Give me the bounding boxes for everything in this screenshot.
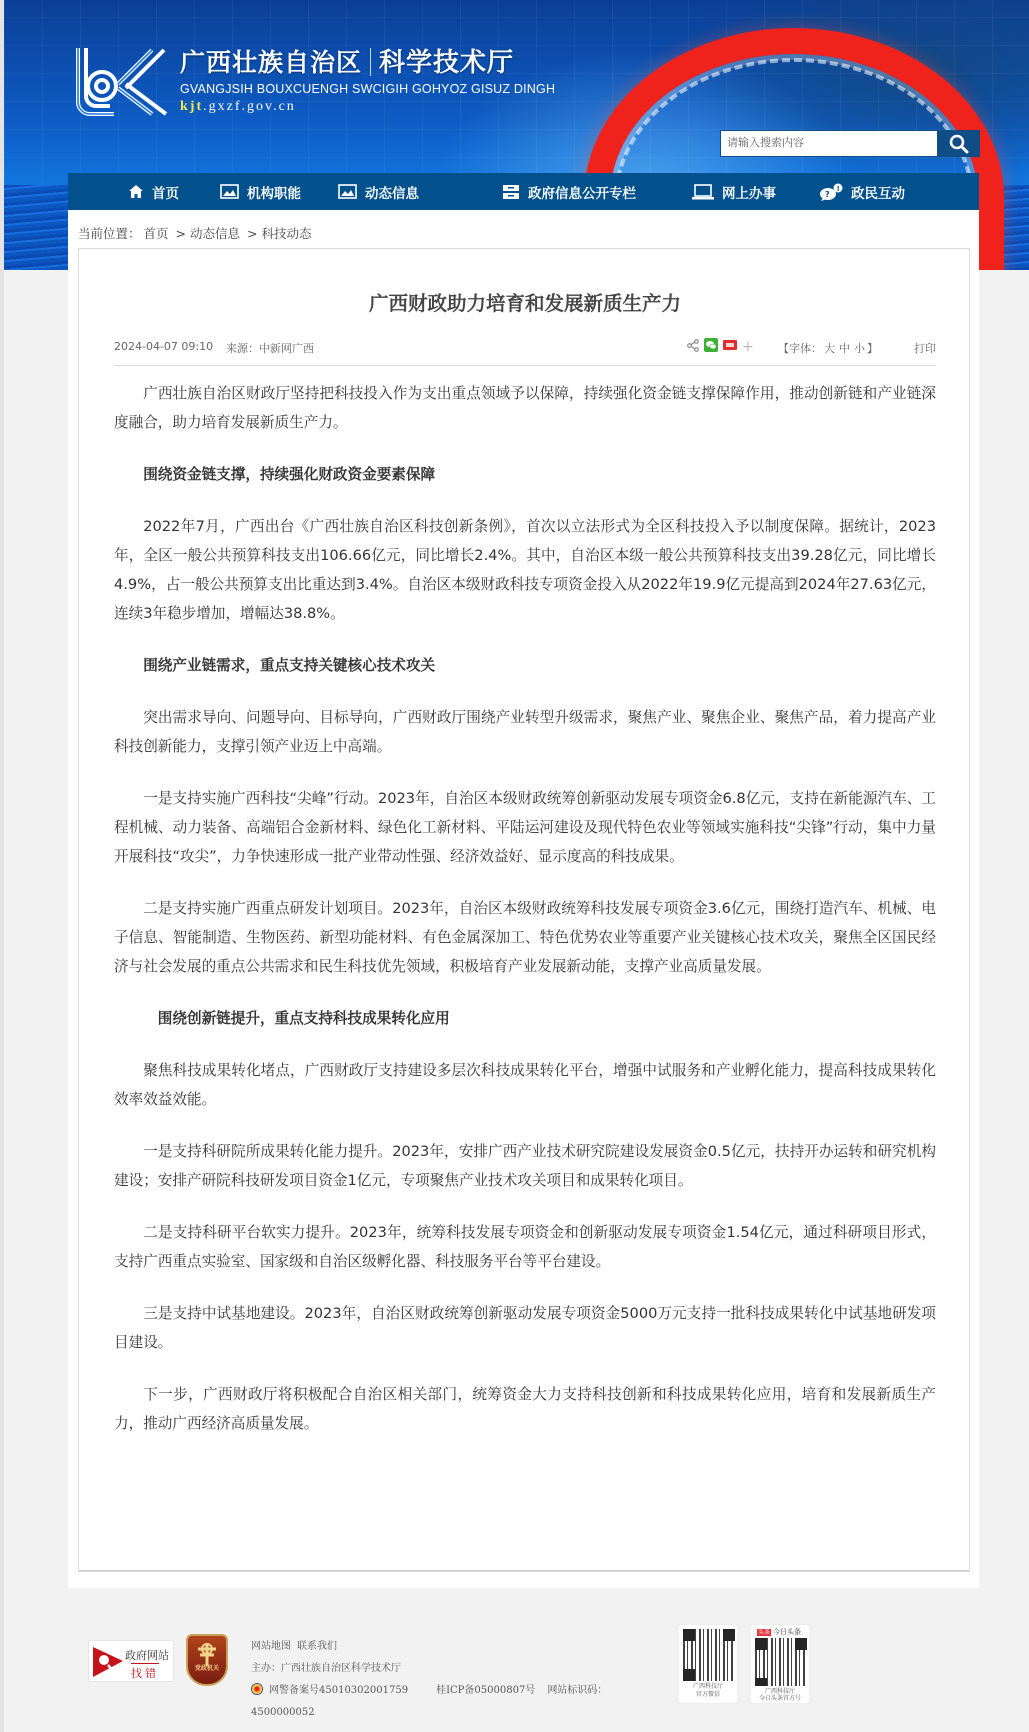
paragraph: 二是支持实施广西重点研发计划项目。2023年，自治区本级财政统筹科技发展专项资金… (114, 894, 936, 981)
domain-highlight: kjt (180, 99, 203, 114)
share-tools: + (687, 338, 754, 355)
icp-record-number[interactable]: 桂ICP备05000807号 (436, 1685, 535, 1696)
error-badge-line2: 找错 (131, 1663, 159, 1681)
domain-rest: .gxzf.gov.cn (203, 99, 296, 114)
footer-sponsor: 主办：广西壮族自治区科学技术厅 (251, 1660, 607, 1682)
nav-item-interaction[interactable]: ?! 政民互动 (819, 173, 905, 210)
section-heading: 围绕创新链提升，重点支持科技成果转化应用 (114, 1004, 936, 1033)
article-meta: 2024-04-07 09:10 来源：中新网广西 + 【字体：大中小】 打印 (114, 340, 936, 366)
site-code-value: 4500000052 (251, 1704, 607, 1726)
image-icon (338, 184, 357, 199)
breadcrumb-item-tech-news[interactable]: 科技动态 (262, 226, 312, 241)
print-button[interactable]: 打印 (914, 340, 936, 356)
qr-wechat: 广西科技厅 官方微信 (678, 1624, 738, 1704)
section-heading: 围绕资金链支撑，持续强化财政资金要素保障 (114, 460, 936, 489)
share-icon[interactable] (687, 339, 699, 355)
footer-info: 网站地图联系我们 主办：广西壮族自治区科学技术厅 网警备案号4501030200… (251, 1638, 607, 1726)
article-title: 广西财政助力培育和发展新质生产力 (79, 288, 971, 316)
article-body: 广西壮族自治区财政厅坚持把科技投入作为支出重点领域予以保障，持续强化资金链支撑保… (114, 379, 936, 1461)
qr-caption-line2: 今日头条官方号 (751, 1695, 809, 1703)
paragraph: 下一步，广西财政厅将积极配合自治区相关部门，统筹资金大力支持科技创新和科技成果转… (114, 1380, 936, 1438)
paragraph: 2022年7月，广西出台《广西壮族自治区科技创新条例》，首次以立法形式为全区科技… (114, 512, 936, 628)
party-badge-label: 党政机关 (188, 1663, 226, 1672)
svg-text:!: ! (837, 185, 840, 193)
error-badge-line1: 政府网站 (125, 1647, 169, 1663)
site-subtitle: GVANGJSIH BOUXCUENGH SWCIGIH GOHYOZ GISU… (180, 82, 555, 96)
footer: 政府网站 找错 党政机关 网站地图联系我们 主办：广西壮族自治区科学技术厅 网警… (4, 1588, 1029, 1732)
search-icon (949, 134, 969, 154)
paragraph: 一是支持科研院所成果转化能力提升。2023年，安排广西产业技术研究院建设发展资金… (114, 1137, 936, 1195)
paragraph: 广西壮族自治区财政厅坚持把科技投入作为支出重点领域予以保障，持续强化资金链支撑保… (114, 379, 936, 437)
svg-text:?: ? (825, 190, 830, 199)
qr-code-wechat (683, 1629, 735, 1681)
police-badge-icon (251, 1683, 263, 1695)
home-icon (128, 184, 144, 199)
more-share-icon[interactable]: + (742, 341, 754, 353)
qr-caption-line2: 官方微信 (679, 1691, 737, 1699)
nav-item-label: 首页 (152, 182, 179, 202)
site-domain: kjt.gxzf.gov.cn (180, 99, 296, 115)
paragraph: 聚焦科技成果转化堵点，广西财政厅支持建设多层次科技成果转化平台，增强中试服务和产… (114, 1056, 936, 1114)
paragraph: 二是支持科研平台软实力提升。2023年，统筹科技发展专项资金和创新驱动发展专项资… (114, 1218, 936, 1276)
breadcrumb-separator: > (247, 226, 257, 241)
toutiao-brand: 头条今日头条 (757, 1627, 801, 1637)
font-size-label-close: 】 (867, 342, 878, 355)
image-icon (220, 184, 239, 199)
nav-item-online-services[interactable]: 网上办事 (692, 173, 776, 210)
laptop-icon (692, 184, 714, 200)
font-size-label-open: 【字体： (778, 342, 822, 355)
footer-records: 网警备案号45010302001759桂ICP备05000807号网站标识码： (251, 1682, 607, 1704)
article-source: 来源：中新网广西 (226, 340, 314, 356)
search-input[interactable]: 请输入搜索内容 (720, 130, 938, 157)
breadcrumb-item-home[interactable]: 首页 (144, 226, 169, 241)
paragraph: 突出需求导向、问题导向、目标导向，广西财政厅围绕产业转型升级需求，聚焦产业、聚焦… (114, 703, 936, 761)
cabinet-icon (502, 184, 520, 200)
publish-date: 2024-04-07 09:10 (114, 340, 213, 353)
font-size-large[interactable]: 大 (824, 342, 835, 355)
site-title: 广西壮族自治区科学技术厅 (180, 42, 514, 79)
toutiao-tag: 头条 (757, 1629, 771, 1636)
title-divider (370, 48, 371, 76)
wechat-share-icon[interactable] (704, 338, 718, 355)
magnifier-flag-icon (91, 1645, 125, 1679)
qr-toutiao: 头条今日头条 广西科技厅 今日头条官方号 (750, 1624, 810, 1704)
gov-site-error-report-badge[interactable]: 政府网站 找错 (88, 1640, 174, 1682)
nav-item-gov-info[interactable]: 政府信息公开专栏 (502, 173, 636, 210)
nav-item-label: 网上办事 (722, 182, 776, 202)
toutiao-name: 今日头条 (773, 1628, 801, 1636)
font-size-control: 【字体：大中小】 (778, 340, 878, 356)
breadcrumb: 当前位置：首页>动态信息>科技动态 (78, 224, 315, 242)
logo-icon (72, 44, 170, 116)
breadcrumb-prefix: 当前位置： (78, 226, 141, 241)
weibo-share-icon[interactable] (723, 340, 737, 353)
chat-icon: ?! (819, 183, 843, 201)
site-region-name: 广西壮族自治区 (180, 48, 362, 77)
footer-links: 网站地图联系我们 (251, 1638, 607, 1660)
paragraph: 三是支持中试基地建设。2023年，自治区财政统筹创新驱动发展专项资金5000万元… (114, 1299, 936, 1357)
footer-link-sitemap[interactable]: 网站地图 (251, 1641, 291, 1652)
nav-item-home[interactable]: 首页 (128, 173, 179, 210)
site-code-label: 网站标识码： (547, 1685, 607, 1696)
nav-item-label: 政民互动 (851, 182, 905, 202)
breadcrumb-item-news[interactable]: 动态信息 (190, 226, 240, 241)
nav-item-label: 政府信息公开专栏 (528, 182, 636, 202)
font-size-medium[interactable]: 中 (839, 342, 850, 355)
nav-item-label: 动态信息 (365, 182, 419, 202)
nav-item-news[interactable]: 动态信息 (338, 173, 419, 210)
party-gov-agency-badge[interactable]: 党政机关 (186, 1634, 228, 1686)
paragraph: 一是支持实施广西科技“尖峰”行动。2023年，自治区本级财政统筹创新驱动发展专项… (114, 784, 936, 871)
qr-caption-line1: 广西科技厅 (679, 1683, 737, 1691)
footer-link-contact[interactable]: 联系我们 (297, 1641, 337, 1652)
site-logo[interactable] (72, 44, 170, 116)
section-heading: 围绕产业链需求，重点支持关键核心技术攻关 (114, 651, 936, 680)
qr-code-toutiao (755, 1638, 807, 1686)
article-container: 广西财政助力培育和发展新质生产力 2024-04-07 09:10 来源：中新网… (78, 248, 970, 1572)
nav-item-organization[interactable]: 机构职能 (220, 173, 301, 210)
font-size-small[interactable]: 小 (854, 342, 865, 355)
site-department-name: 科学技术厅 (379, 48, 514, 78)
police-record-number[interactable]: 网警备案号45010302001759 (269, 1685, 408, 1696)
search-button[interactable] (938, 130, 980, 157)
main-content-area: 当前位置：首页>动态信息>科技动态 广西财政助力培育和发展新质生产力 2024-… (68, 210, 979, 1588)
main-nav: 首页 机构职能 动态信息 政府信息公开专栏 网上办事 ?! 政民互动 (68, 173, 979, 210)
breadcrumb-separator: > (176, 226, 186, 241)
nav-item-label: 机构职能 (247, 182, 301, 202)
search-placeholder: 请输入搜索内容 (727, 137, 804, 149)
